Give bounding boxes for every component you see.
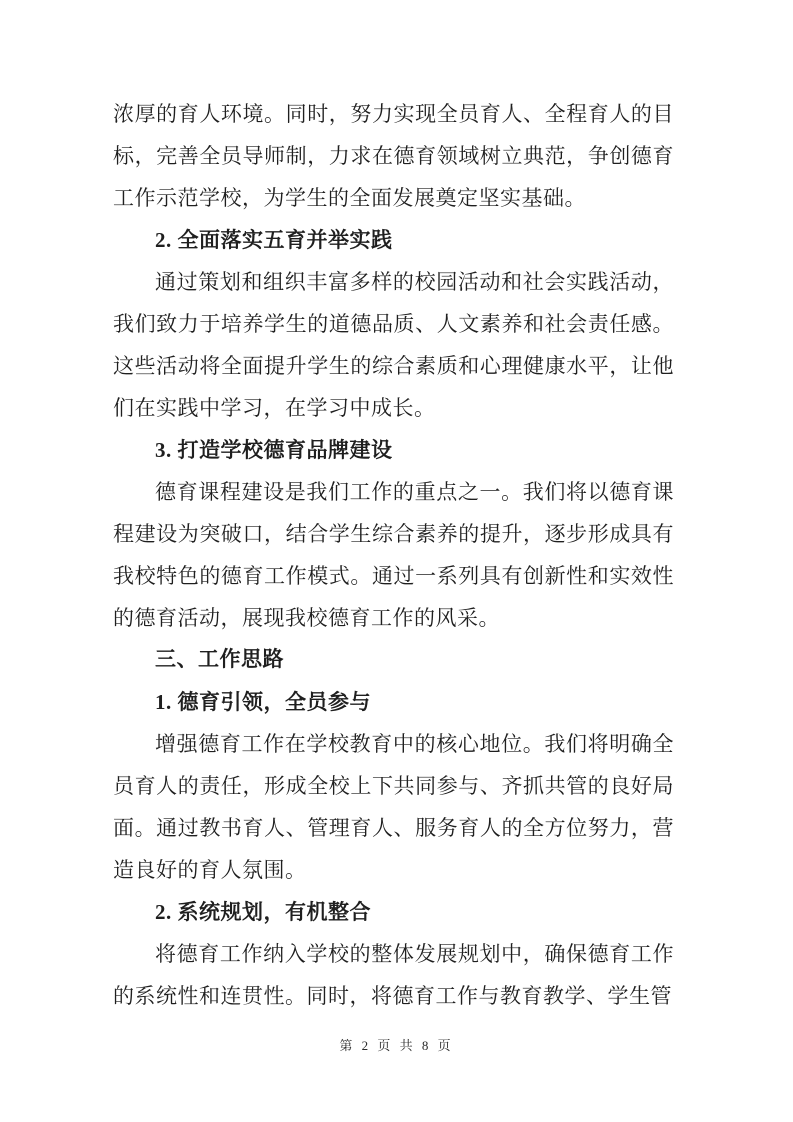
body-paragraph: 德育课程建设是我们工作的重点之一。我们将以德育课程建设为突破口，结合学生综合素养…	[113, 471, 674, 639]
body-paragraph: 通过策划和组织丰富多样的校园活动和社会实践活动，我们致力于培养学生的道德品质、人…	[113, 261, 674, 429]
page-number-footer: 第 2 页 共 8 页	[0, 1036, 793, 1056]
sub-heading: 1. 德育引领，全员参与	[113, 681, 674, 723]
body-paragraph: 将德育工作纳入学校的整体发展规划中，确保德育工作的系统性和连贯性。同时，将德育工…	[113, 933, 674, 1017]
document-body: 浓厚的育人环境。同时，努力实现全员育人、全程育人的目标，完善全员导师制，力求在德…	[113, 93, 674, 1017]
sub-heading: 3. 打造学校德育品牌建设	[113, 429, 674, 471]
body-paragraph: 增强德育工作在学校教育中的核心地位。我们将明确全员育人的责任，形成全校上下共同参…	[113, 723, 674, 891]
document-page: 浓厚的育人环境。同时，努力实现全员育人、全程育人的目标，完善全员导师制，力求在德…	[0, 0, 793, 1122]
section-heading: 三、工作思路	[113, 639, 674, 681]
sub-heading: 2. 系统规划，有机整合	[113, 891, 674, 933]
sub-heading: 2. 全面落实五育并举实践	[113, 219, 674, 261]
body-paragraph: 浓厚的育人环境。同时，努力实现全员育人、全程育人的目标，完善全员导师制，力求在德…	[113, 93, 674, 219]
